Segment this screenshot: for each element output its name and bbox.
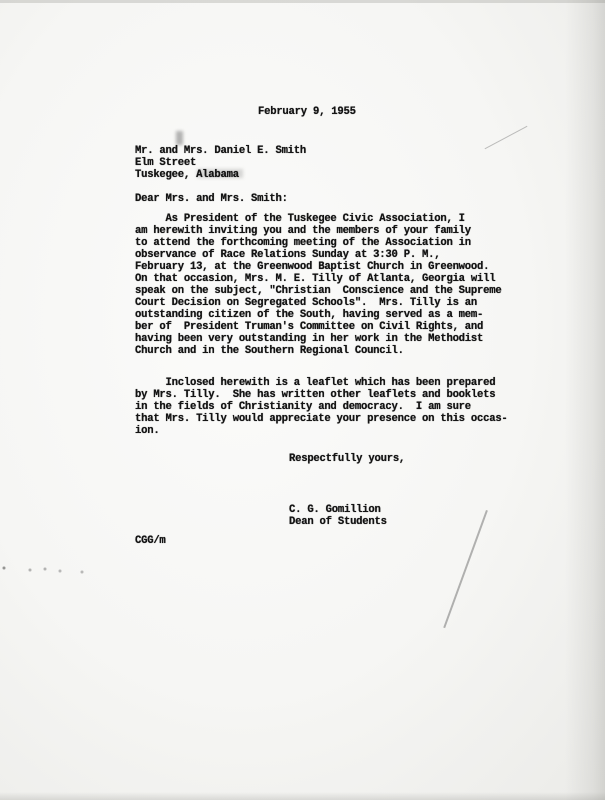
text-line: by Mrs. Tilly. She has written other lea… [135, 389, 508, 401]
text-line: As President of the Tuskegee Civic Assoc… [135, 213, 501, 225]
letter-date: February 9, 1955 [258, 106, 356, 118]
text-line: Court Decision on Segregated Schools". M… [135, 297, 501, 309]
text-line: ber of President Truman's Committee on C… [135, 321, 501, 333]
recipient-address: Mr. and Mrs. Daniel E. SmithElm StreetTu… [135, 145, 306, 181]
text-line: ion. [135, 425, 508, 437]
text-line: Inclosed herewith is a leaflet which has… [135, 377, 508, 389]
body-paragraph-2: Inclosed herewith is a leaflet which has… [135, 377, 508, 437]
ink-smudge [176, 131, 183, 145]
text-line: that Mrs. Tilly would appreciate your pr… [135, 413, 508, 425]
text-line: speak on the subject, "Christian Conscie… [135, 285, 501, 297]
text-line: outstanding citizen of the South, having… [135, 309, 501, 321]
signature-block: C. G. GomillionDean of Students [289, 504, 387, 528]
text-line: am herewith inviting you and the members… [135, 225, 501, 237]
salutation: Dear Mrs. and Mrs. Smith: [135, 193, 288, 205]
page-edge-shadow [565, 0, 605, 800]
text-line: having been very outstanding in her work… [135, 333, 501, 345]
text-line: in the fields of Christianity and democr… [135, 401, 508, 413]
text-line: On that occasion, Mrs. M. E. Tilly of At… [135, 273, 501, 285]
text-line: February 13, at the Greenwood Baptist Ch… [135, 261, 501, 273]
paper-specks [0, 562, 100, 576]
text-line: to attend the forthcoming meeting of the… [135, 237, 501, 249]
paper-scratch [485, 126, 528, 149]
recipient-city: Tuskegee, Alabama [135, 169, 306, 181]
recipient-street: Elm Street [135, 157, 306, 169]
reference-initials: CGG/m [135, 535, 166, 547]
signer-title: Dean of Students [289, 516, 387, 528]
text-line: Church and in the Southern Regional Coun… [135, 345, 501, 357]
text-line: observance of Race Relations Sunday at 3… [135, 249, 501, 261]
complimentary-close: Respectfully yours, [289, 453, 405, 465]
page-edge-bottom [0, 792, 605, 800]
paper-scratch [443, 510, 488, 628]
signer-name: C. G. Gomillion [289, 504, 387, 516]
letter-page: February 9, 1955 Mr. and Mrs. Daniel E. … [0, 0, 605, 800]
page-edge-top [0, 0, 605, 3]
recipient-name: Mr. and Mrs. Daniel E. Smith [135, 145, 306, 157]
body-paragraph-1: As President of the Tuskegee Civic Assoc… [135, 213, 501, 357]
